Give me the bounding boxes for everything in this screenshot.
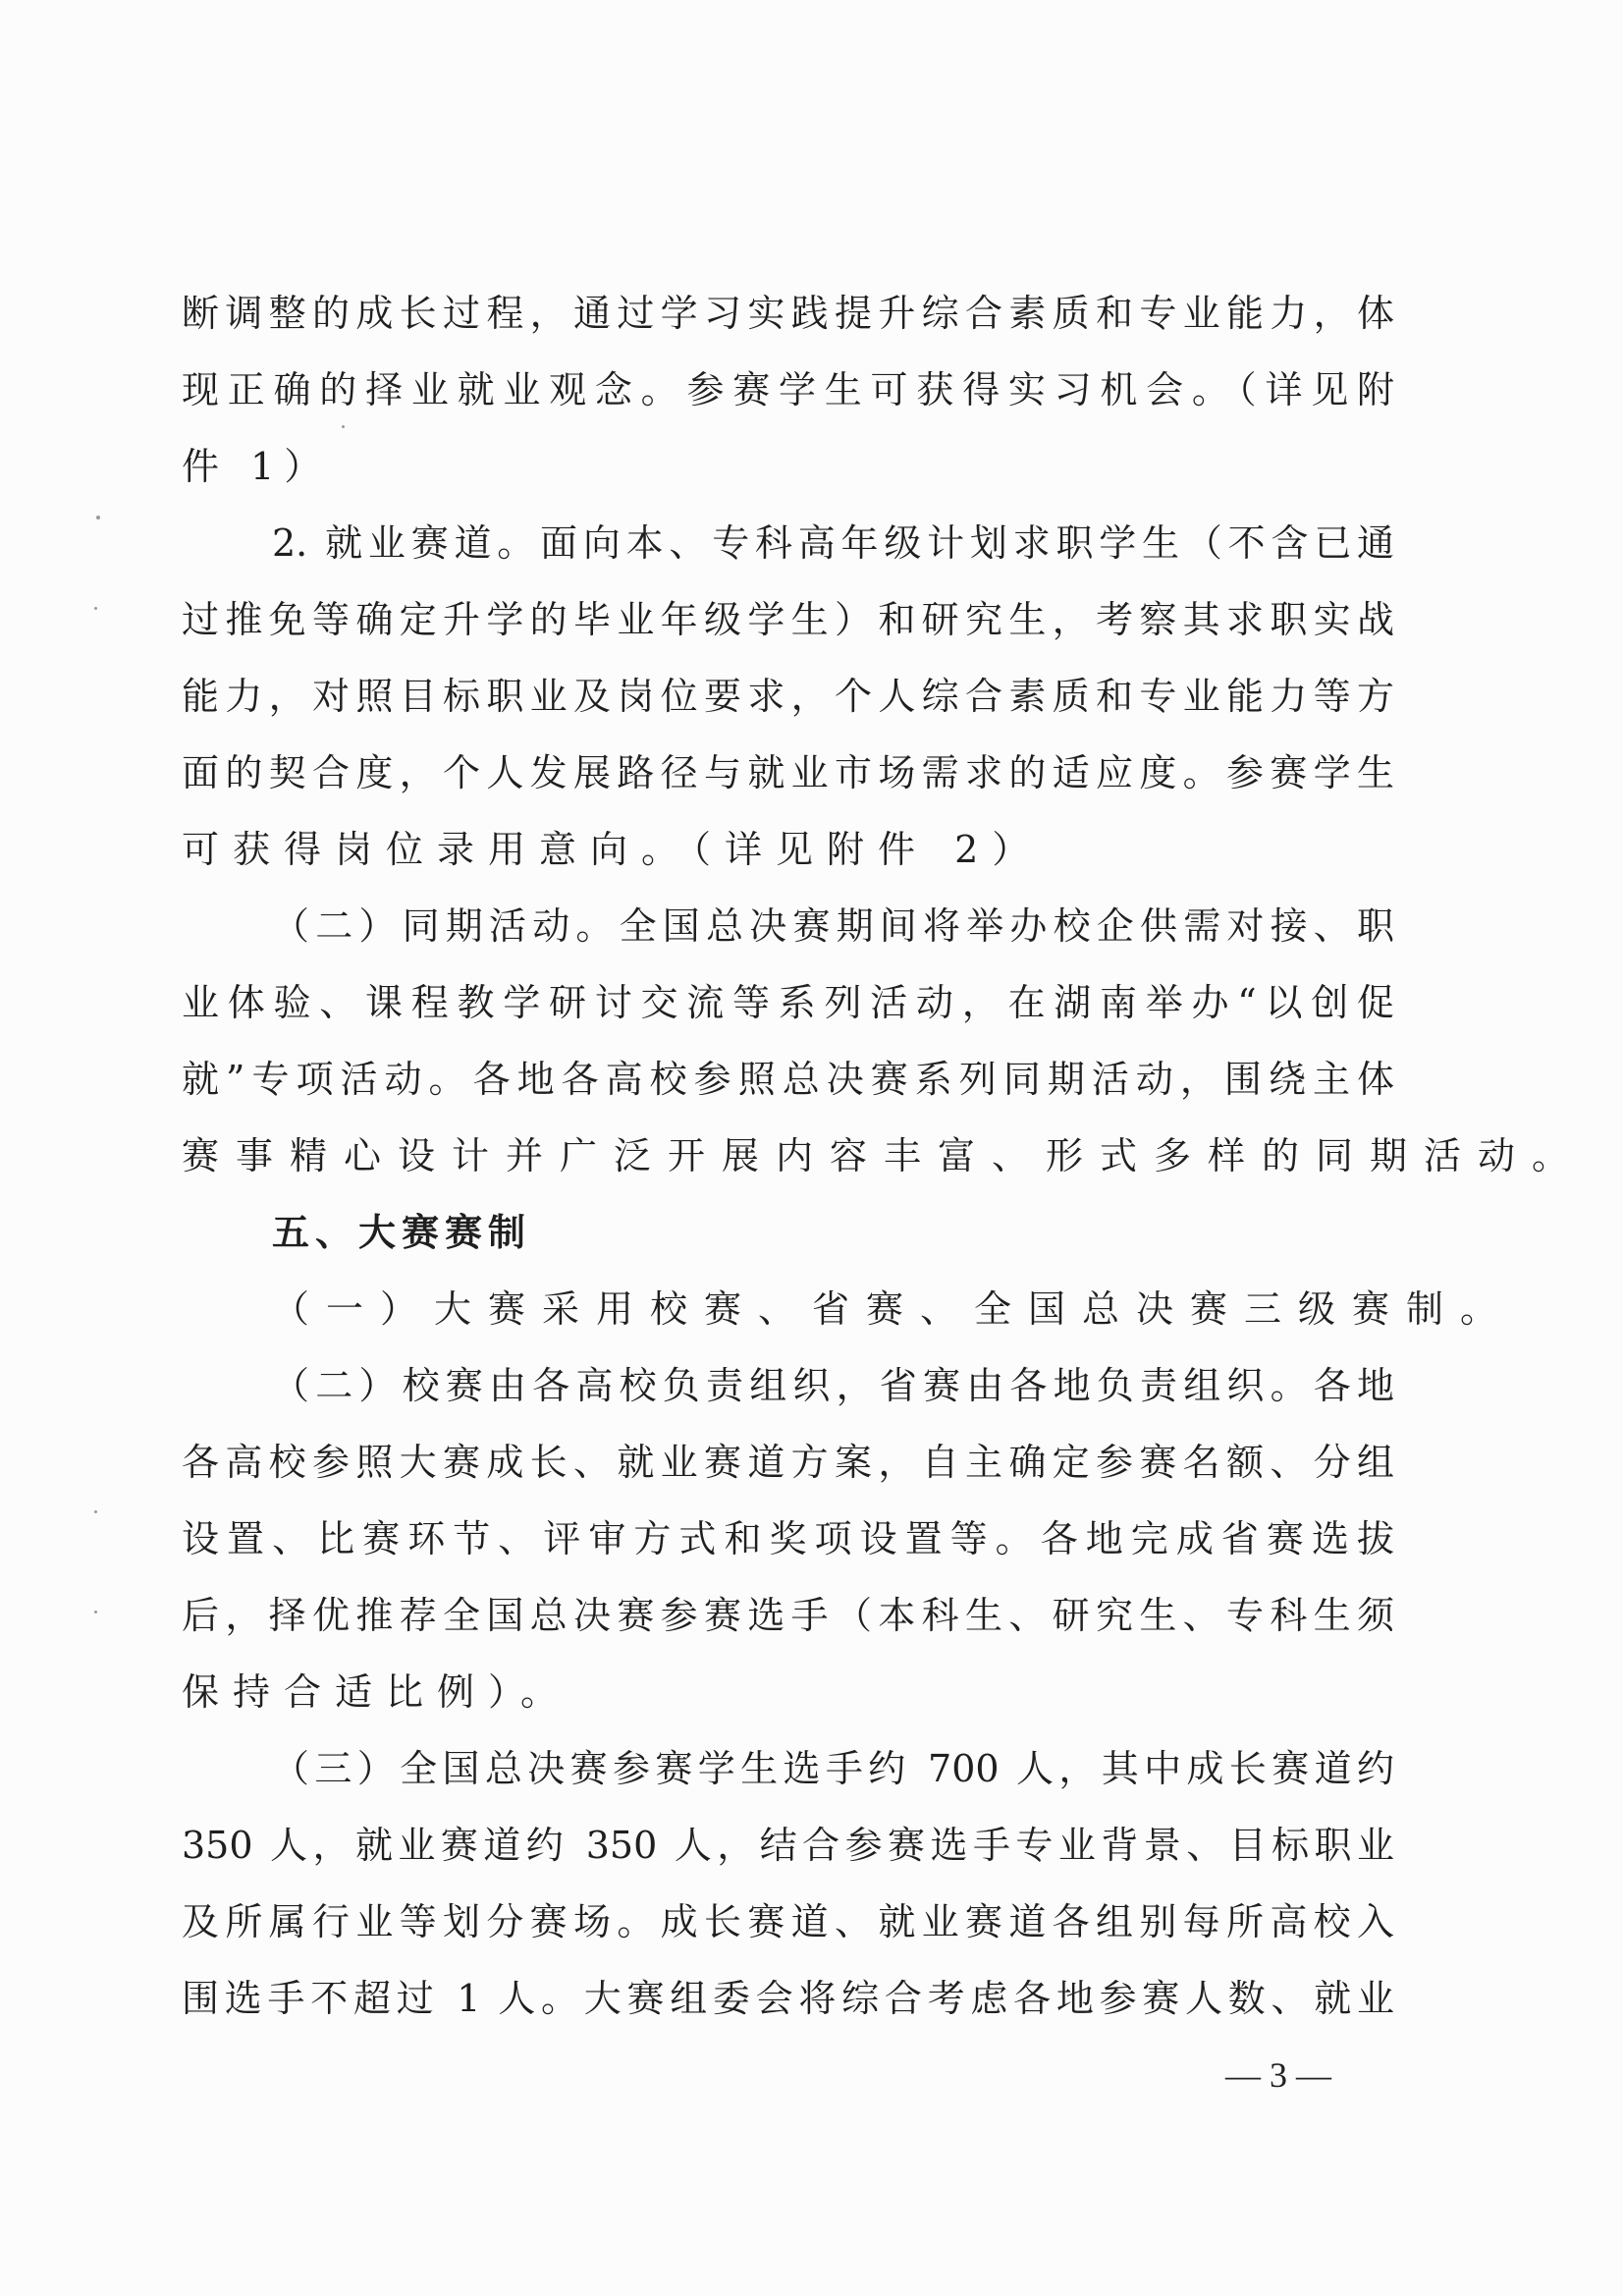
section-heading: 五、大赛赛制 xyxy=(182,1194,1394,1271)
paragraph-line-concurrent-activities: （二）同期活动。全国总决赛期间将举办校企供需对接、职 xyxy=(182,888,1394,964)
paragraph-line: 保持合适比例）。 xyxy=(182,1654,1394,1730)
paragraph-line-national-finals: （三）全国总决赛参赛学生选手约 700 人，其中成长赛道约 xyxy=(182,1730,1394,1807)
paragraph-line: 过推免等确定升学的毕业年级学生）和研究生，考察其求职实战 xyxy=(182,581,1394,658)
document-page: 断调整的成长过程，通过学习实践提升综合素质和专业能力，体 现正确的择业就业观念。… xyxy=(0,0,1623,2296)
scan-speck xyxy=(342,425,345,428)
paragraph-line: 断调整的成长过程，通过学习实践提升综合素质和专业能力，体 xyxy=(182,275,1394,352)
paragraph-line: 可获得岗位录用意向。（详见附件 2） xyxy=(182,811,1394,888)
scan-speck xyxy=(96,516,100,519)
paragraph-line: 及所属行业等划分赛场。成长赛道、就业赛道各组别每所高校入 xyxy=(182,1884,1394,1960)
page-number: — 3 — xyxy=(1225,2054,1331,2096)
paragraph-line: 能力，对照目标职业及岗位要求，个人综合素质和专业能力等方 xyxy=(182,658,1394,735)
paragraph-line: 设置、比赛环节、评审方式和奖项设置等。各地完成省赛选拔 xyxy=(182,1501,1394,1577)
paragraph-line: 业体验、课程教学研讨交流等系列活动，在湖南举办“以创促 xyxy=(182,964,1394,1041)
paragraph-line: 就”专项活动。各地各高校参照总决赛系列同期活动，围绕主体 xyxy=(182,1041,1394,1118)
paragraph-line: 件 1） xyxy=(182,428,1394,505)
paragraph-line: 围选手不超过 1 人。大赛组委会将综合考虑各地参赛人数、就业 xyxy=(182,1960,1394,2037)
paragraph-line-employment-track: 2. 就业赛道。面向本、专科高年级计划求职学生（不含已通 xyxy=(182,505,1394,581)
scan-speck xyxy=(94,1611,97,1613)
paragraph-line: 现正确的择业就业观念。参赛学生可获得实习机会。（详见附 xyxy=(182,352,1394,428)
paragraph-line: 赛事精心设计并广泛开展内容丰富、形式多样的同期活动。 xyxy=(182,1118,1394,1194)
body-text: 断调整的成长过程，通过学习实践提升综合素质和专业能力，体 现正确的择业就业观念。… xyxy=(182,275,1394,2037)
paragraph-line: 各高校参照大赛成长、就业赛道方案，自主确定参赛名额、分组 xyxy=(182,1424,1394,1501)
paragraph-line: 350 人，就业赛道约 350 人，结合参赛选手专业背景、目标职业 xyxy=(182,1807,1394,1884)
scan-speck xyxy=(94,607,97,610)
scan-speck xyxy=(94,1510,97,1513)
paragraph-line-school-provincial: （二）校赛由各高校负责组织，省赛由各地负责组织。各地 xyxy=(182,1347,1394,1424)
paragraph-line: 面的契合度，个人发展路径与就业市场需求的适应度。参赛学生 xyxy=(182,735,1394,811)
paragraph-line: 后，择优推荐全国总决赛参赛选手（本科生、研究生、专科生须 xyxy=(182,1577,1394,1654)
paragraph-line-competition-levels: （一）大赛采用校赛、省赛、全国总决赛三级赛制。 xyxy=(182,1271,1394,1347)
